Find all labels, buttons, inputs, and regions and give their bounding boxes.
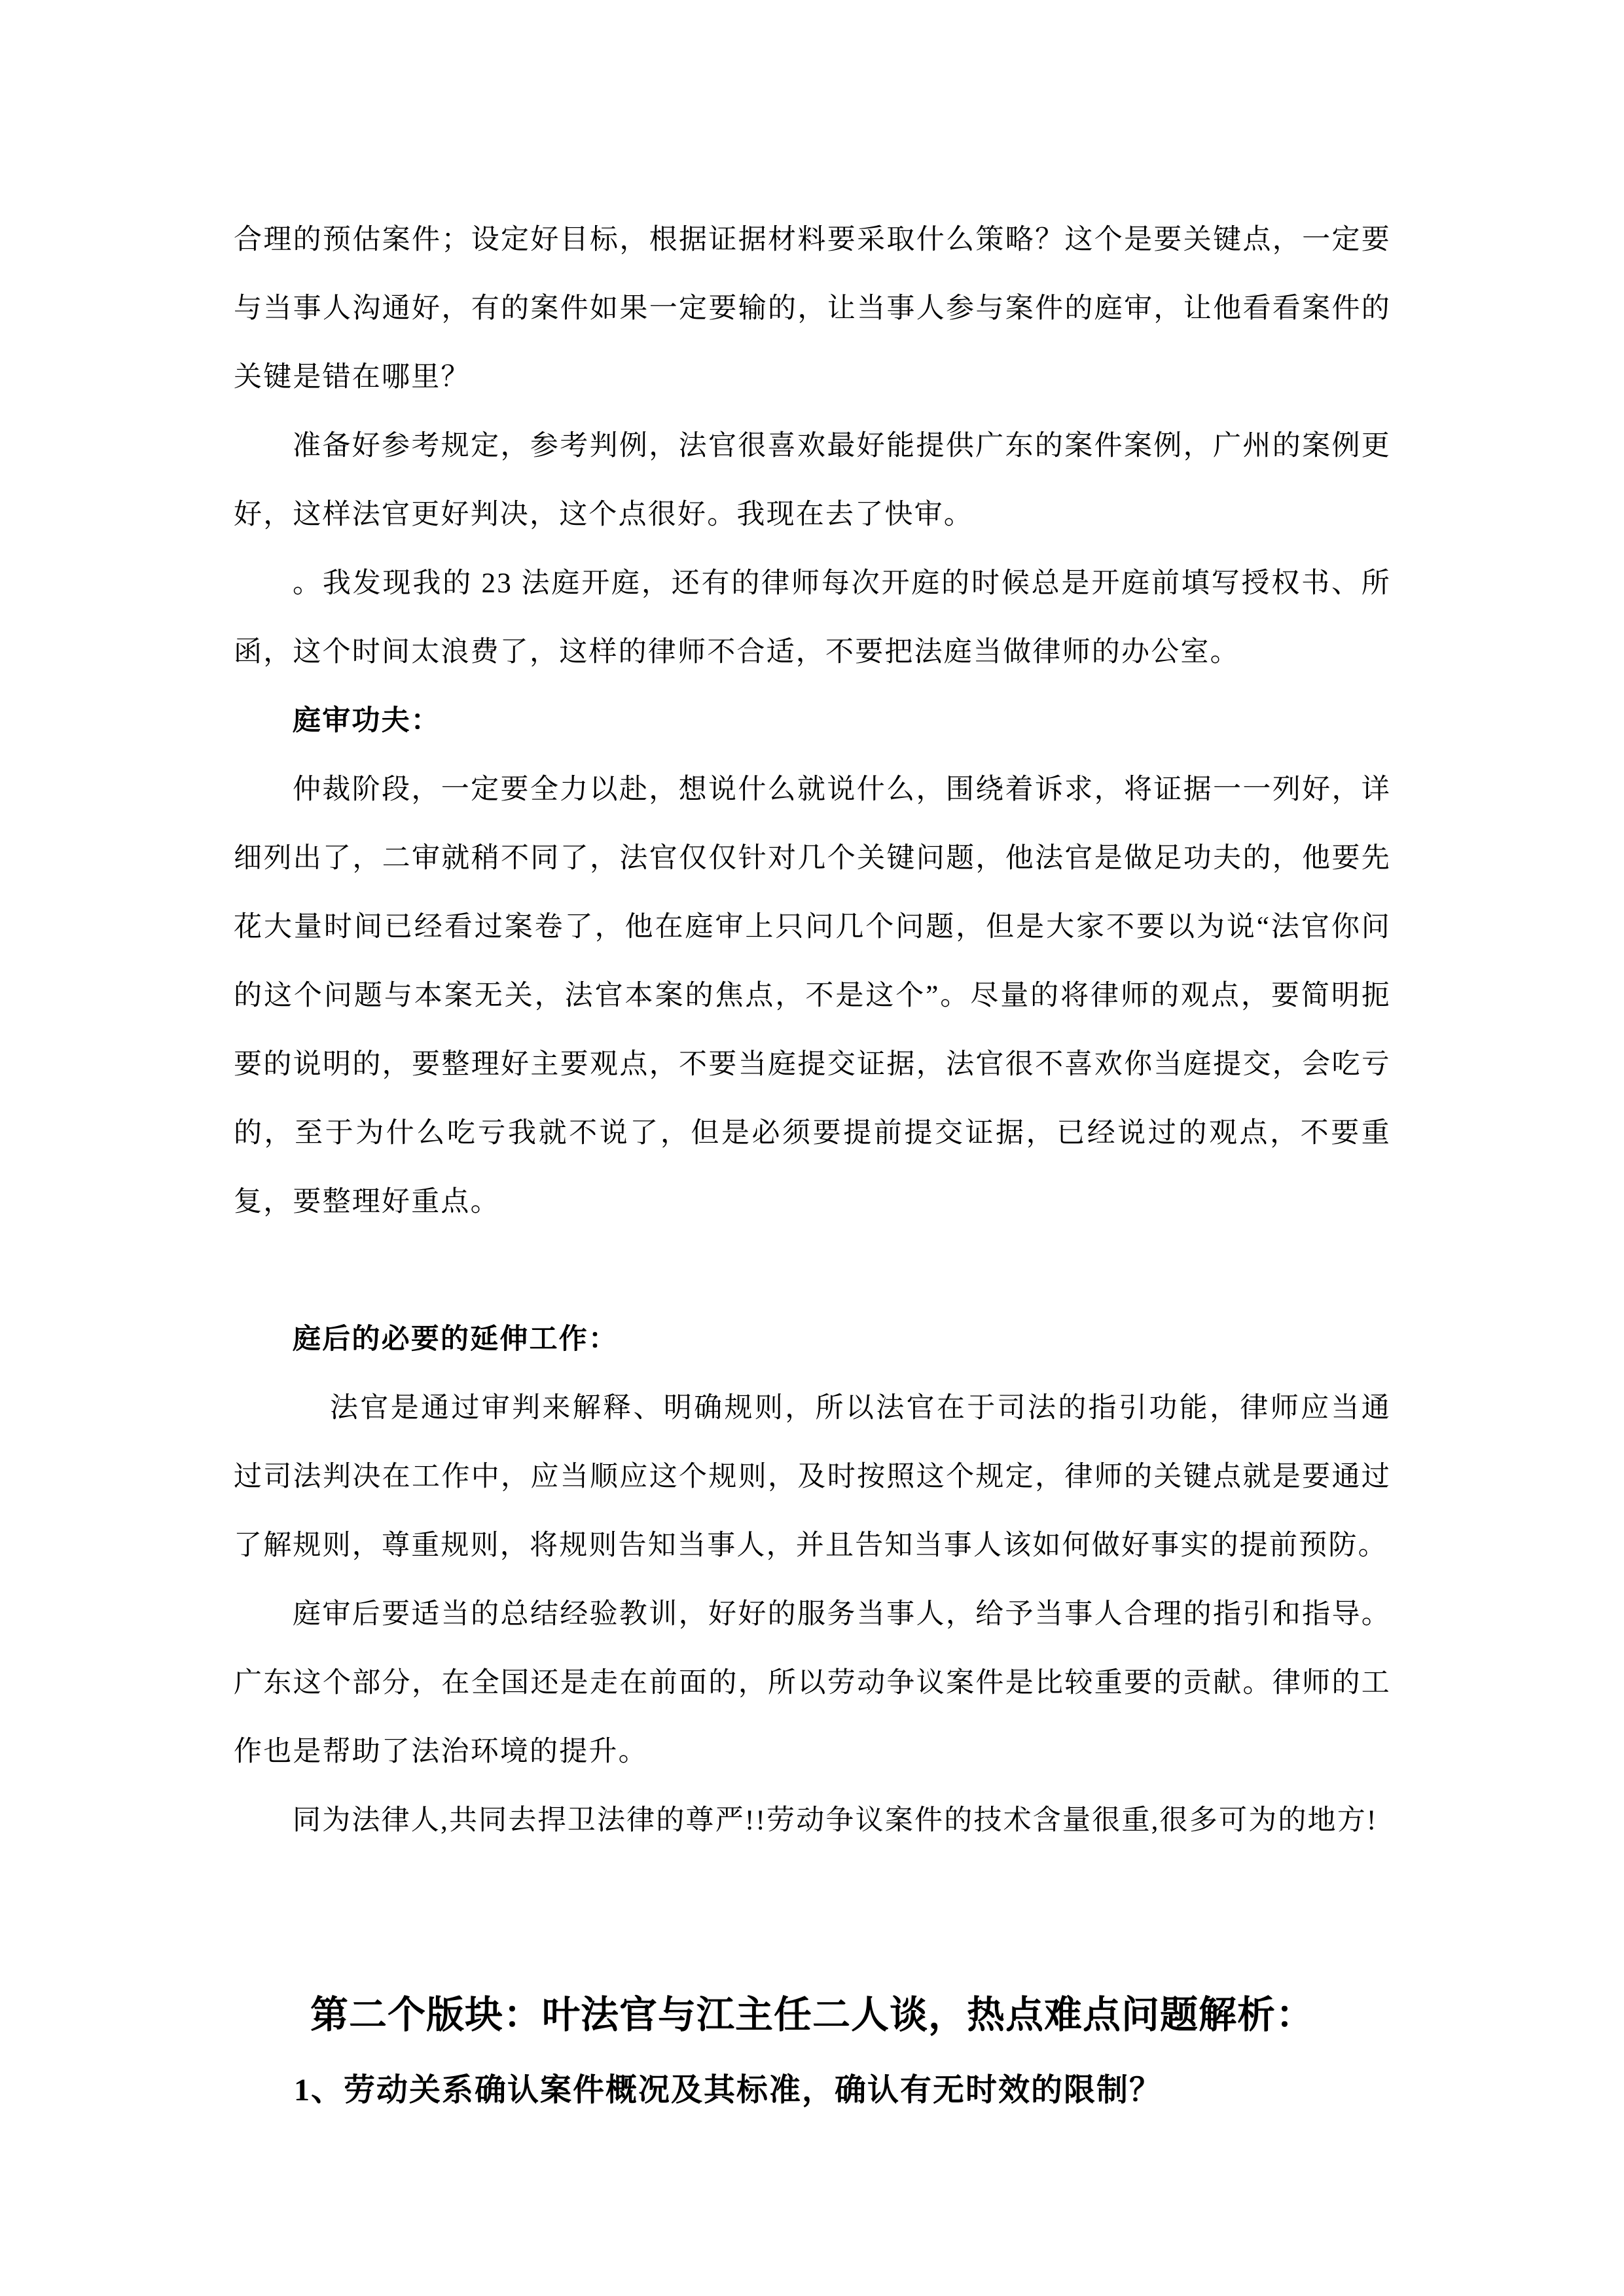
heading-trial-skills: 庭审功夫： [234,687,1391,755]
section2-heading: 第二个版块：叶法官与江主任二人谈，热点难点问题解析： [234,1977,1391,2053]
document-body: 合理的预估案件；设定好目标，根据证据材料要采取什么策略？这个是要关键点，一定要与… [234,206,1391,2128]
para-court-23-hearing: 。我发现我的 23 法庭开庭，还有的律师每次开庭的时候总是开庭前填写授权书、所函… [234,549,1391,687]
body-paragraphs: 合理的预估案件；设定好目标，根据证据材料要采取什么策略？这个是要关键点，一定要与… [234,206,1391,1855]
para-reference-regulations: 准备好参考规定，参考判例，法官很喜欢最好能提供广东的案件案例，广州的案例更好，这… [234,412,1391,549]
para-legal-dignity: 同为法律人,共同去捍卫法律的尊严!!劳动争议案件的技术含量很重,很多可为的地方! [234,1786,1391,1855]
para-case-assessment: 合理的预估案件；设定好目标，根据证据材料要采取什么策略？这个是要关键点，一定要与… [234,206,1391,412]
para-judge-rules-guidance: 法官是通过审判来解释、明确规则，所以法官在于司法的指引功能，律师应当通过司法判决… [234,1374,1391,1580]
para-arbitration-stage: 仲裁阶段，一定要全力以赴，想说什么就说什么，围绕着诉求，将证据一一列好，详细列出… [234,755,1391,1236]
heading-post-trial-work: 庭后的必要的延伸工作： [234,1305,1391,1374]
para-post-trial-summary: 庭审后要适当的总结经验教训，好好的服务当事人，给予当事人合理的指引和指导。广东这… [234,1580,1391,1786]
document-page: 合理的预估案件；设定好目标，根据证据材料要采取什么策略？这个是要关键点，一定要与… [0,0,1624,2296]
section2-subheading: 1、劳动关系确认案件概况及其标准，确认有无时效的限制？ [234,2053,1391,2128]
